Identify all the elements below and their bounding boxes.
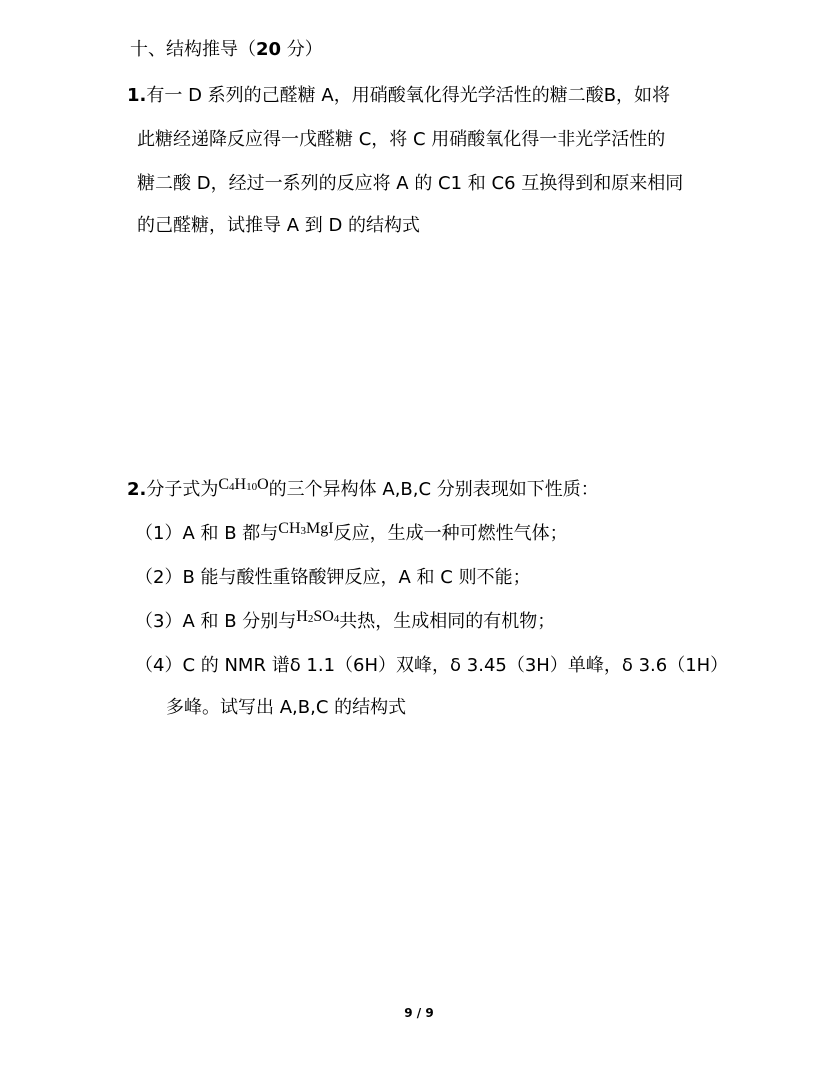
item-text-after: 共热，生成相同的有机物； <box>339 611 555 632</box>
question-2-item-2: （2）B 能与酸性重铬酸钾反应，A 和 C 则不能； <box>135 566 531 590</box>
question-2-item-3: （3）A 和 B 分别与H2SO4共热，生成相同的有机物； <box>135 610 555 636</box>
question-2-number: 2. <box>127 479 146 500</box>
document-page: 十、结构推导（20 分） 1.有一 D 系列的己醛糖 A，用硝酸氧化得光学活性的… <box>0 0 838 1065</box>
question-2-item-1: （1）A 和 B 都与CH3MgI反应，生成一种可燃性气体； <box>135 522 568 548</box>
item-text: C 的 NMR 谱δ 1.1（6H）双峰，δ 3.45（3H）单峰，δ 3.6（… <box>182 655 728 676</box>
question-2-item-4: （4）C 的 NMR 谱δ 1.1（6H）双峰，δ 3.45（3H）单峰，δ 3… <box>135 654 728 678</box>
question-1-line-3: 糖二酸 D，经过一系列的反应将 A 的 C1 和 C6 互换得到和原来相同 <box>137 172 683 196</box>
section-title-suffix: 分） <box>281 39 323 60</box>
question-2-intro-after: 的三个异构体 A,B,C 分别表现如下性质： <box>269 479 599 500</box>
formula-h2so4: H2SO4 <box>296 608 339 625</box>
item-number: （4） <box>135 655 182 676</box>
page-number: 9 / 9 <box>0 1006 838 1020</box>
question-1-line-4: 的己醛糖，试推导 A 到 D 的结构式 <box>137 214 420 238</box>
question-2-item-4-continuation: 多峰。试写出 A,B,C 的结构式 <box>166 696 406 720</box>
item-text: B 能与酸性重铬酸钾反应，A 和 C 则不能； <box>182 567 530 588</box>
section-score: 20 <box>256 39 281 60</box>
question-2-intro: 2.分子式为C4H10O的三个异构体 A,B,C 分别表现如下性质： <box>127 478 599 504</box>
item-text: A 和 B 分别与 <box>182 611 296 632</box>
formula-ch3mgi: CH3MgI <box>278 520 333 537</box>
item-number: （2） <box>135 567 182 588</box>
question-1-text: 有一 D 系列的己醛糖 A，用硝酸氧化得光学活性的糖二酸B，如将 <box>146 85 670 106</box>
item-text-after: 反应，生成一种可燃性气体； <box>334 523 568 544</box>
item-number: （1） <box>135 523 182 544</box>
question-1-line-1: 1.有一 D 系列的己醛糖 A，用硝酸氧化得光学活性的糖二酸B，如将 <box>127 84 670 108</box>
section-title: 十、结构推导（20 分） <box>130 38 323 62</box>
question-2-intro-before: 分子式为 <box>146 479 218 500</box>
item-number: （3） <box>135 611 182 632</box>
question-1-number: 1. <box>127 85 146 106</box>
formula-c4h10o: C4H10O <box>218 476 268 493</box>
item-text: A 和 B 都与 <box>182 523 278 544</box>
section-title-prefix: 十、结构推导（ <box>130 39 256 60</box>
question-1-line-2: 此糖经递降反应得一戊醛糖 C，将 C 用硝酸氧化得一非光学活性的 <box>137 128 665 152</box>
